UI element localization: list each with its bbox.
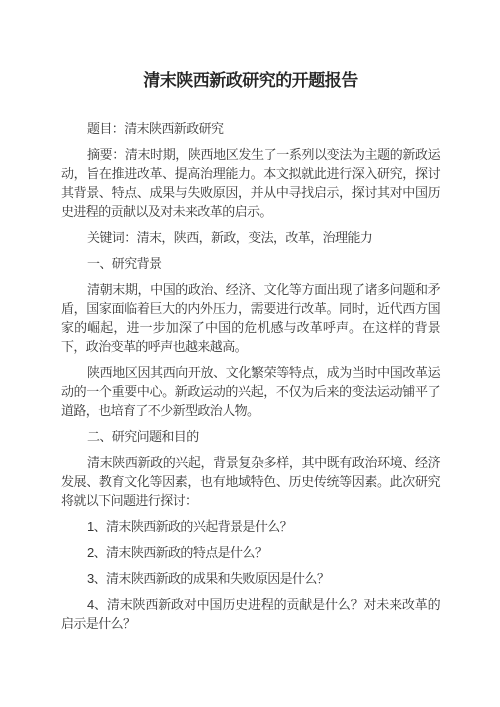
topic-line: 题目：清末陕西新政研究	[61, 119, 440, 138]
section-2-heading: 二、研究问题和目的	[61, 427, 440, 446]
question-item-1: 1、清末陕西新政的兴起背景是什么？	[61, 517, 440, 536]
document-page: 清末陕西新政研究的开题报告 题目：清末陕西新政研究 摘要：清末时期，陕西地区发生…	[0, 0, 500, 707]
question-item-4: 4、清末陕西新政对中国历史进程的贡献是什么？对未来改革的启示是什么？	[61, 595, 440, 633]
section-1-heading: 一、研究背景	[61, 254, 440, 273]
question-item-3: 3、清末陕西新政的成果和失败原因是什么？	[61, 569, 440, 588]
abstract-paragraph: 摘要：清末时期，陕西地区发生了一系列以变法为主题的新政运动，旨在推进改革、提高治…	[61, 145, 440, 221]
document-body: 题目：清末陕西新政研究 摘要：清末时期，陕西地区发生了一系列以变法为主题的新政运…	[61, 119, 440, 633]
question-item-2: 2、清末陕西新政的特点是什么？	[61, 543, 440, 562]
document-title: 清末陕西新政研究的开题报告	[61, 68, 440, 93]
background-paragraph-2: 陕西地区因其西向开放、文化繁荣等特点，成为当时中国改革运动的一个重要中心。新政运…	[61, 363, 440, 420]
background-paragraph-1: 清朝末期，中国的政治、经济、文化等方面出现了诸多问题和矛盾，国家面临着巨大的内外…	[61, 280, 440, 356]
purpose-paragraph: 清末陕西新政的兴起，背景复杂多样，其中既有政治环境、经济发展、教育文化等因素，也…	[61, 453, 440, 510]
keywords-line: 关键词：清末，陕西，新政，变法，改革，治理能力	[61, 228, 440, 247]
